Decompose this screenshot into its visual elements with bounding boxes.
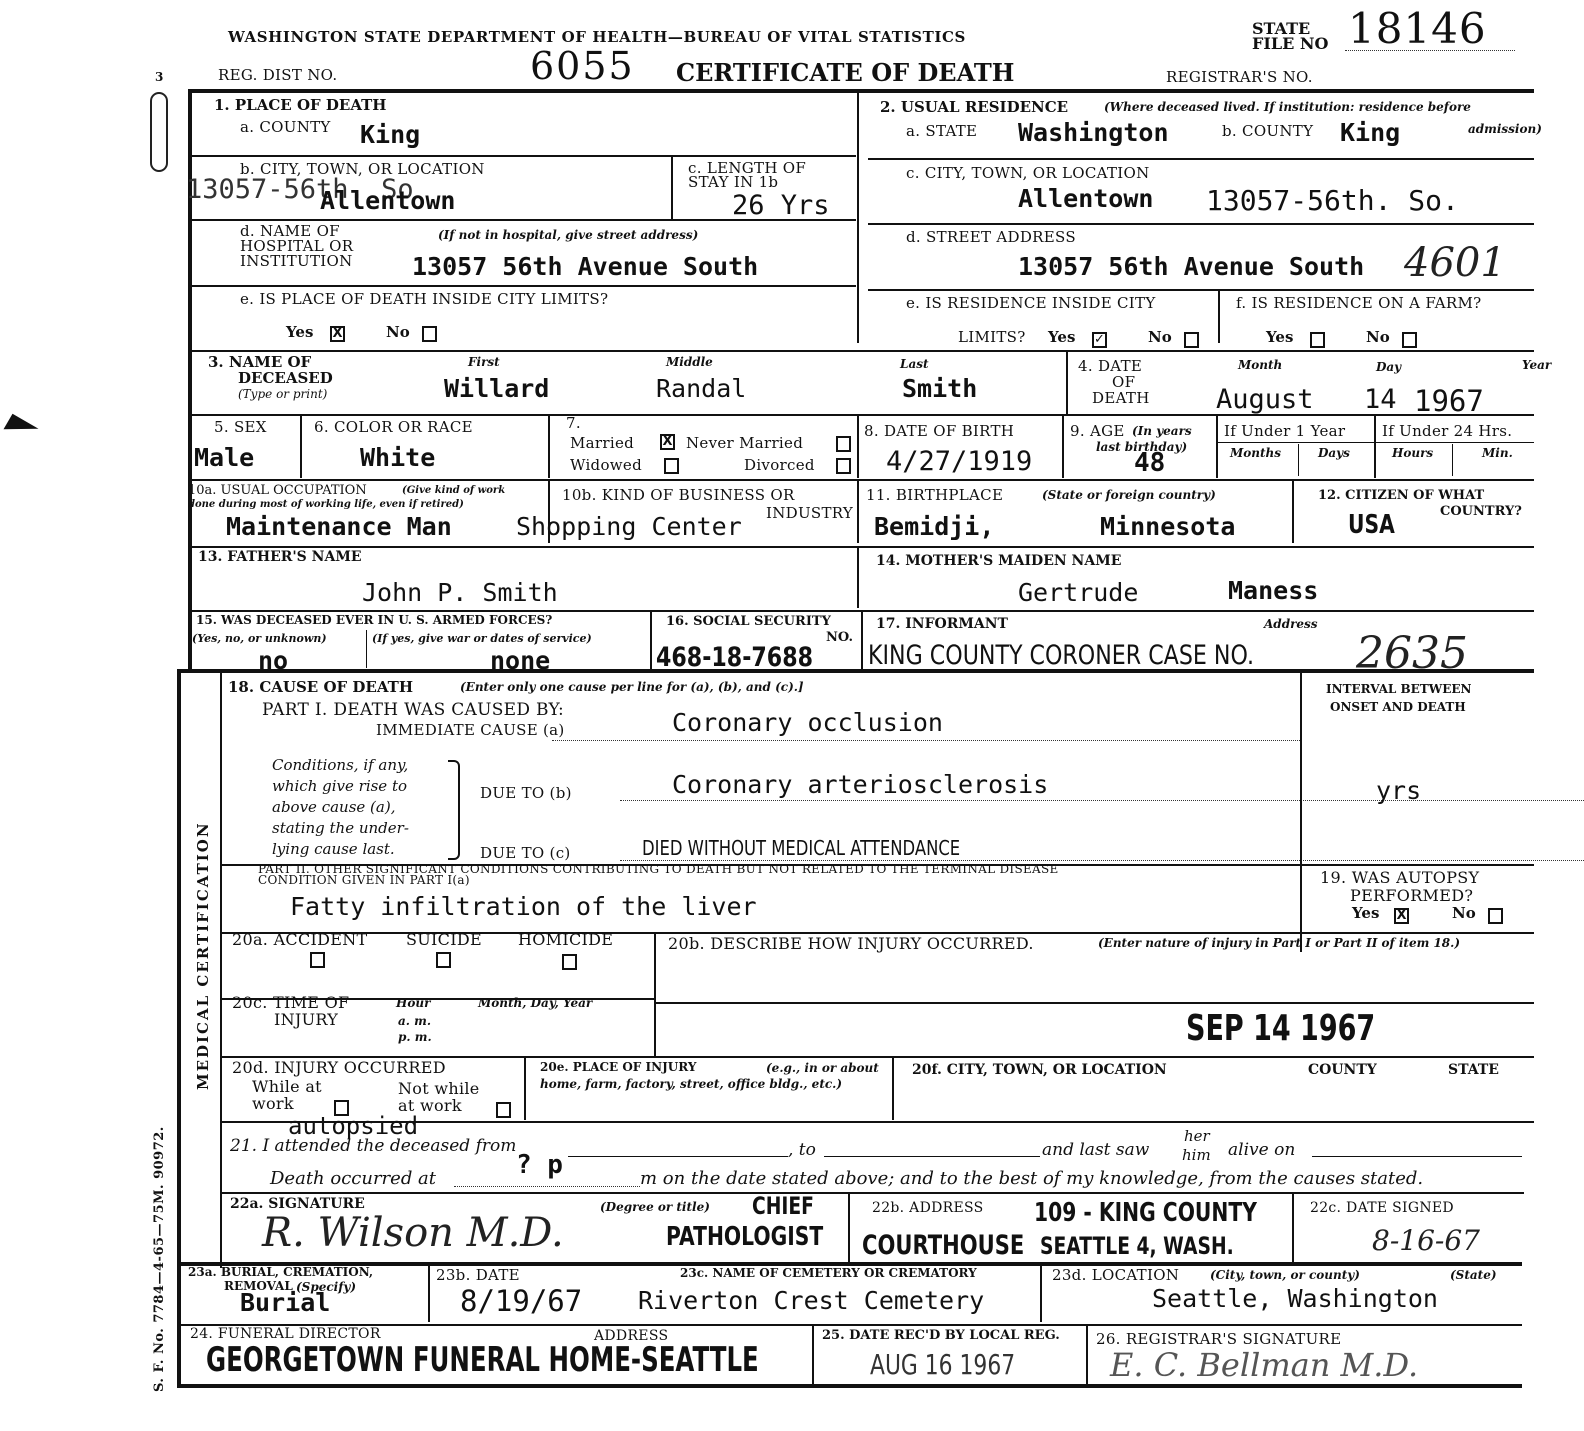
last-name-value: Smith	[902, 374, 977, 403]
injury-county-label: COUNTY	[1308, 1062, 1377, 1078]
birth-date-label: 8. DATE OF BIRTH	[864, 422, 1014, 440]
suicide-checkbox[interactable]	[436, 952, 451, 968]
dod-month-label: Month	[1238, 358, 1282, 372]
citizen-value: USA	[1348, 510, 1395, 540]
describe-injury-label: 20b. DESCRIBE HOW INJURY OCCURRED.	[668, 934, 1034, 953]
farm-no-checkbox[interactable]	[1402, 332, 1417, 348]
days-label: Days	[1318, 446, 1350, 460]
dod-label-2: OF	[1078, 374, 1150, 390]
mother-first: Gertrude	[1018, 578, 1138, 607]
registrars-no-label: REGISTRAR'S NO.	[1166, 68, 1313, 86]
usual-residence-note-2: admission)	[1468, 122, 1542, 136]
age-label: 9. AGE	[1070, 422, 1125, 440]
hours-label: Hours	[1392, 446, 1433, 460]
age-note: (In years	[1132, 424, 1192, 438]
arrow-mark-icon	[4, 414, 39, 445]
her-text: her	[1184, 1127, 1210, 1145]
conditions-note-4: stating the under-	[272, 818, 409, 839]
armed-forces-note-1: (Yes, no, or unknown)	[192, 632, 327, 645]
not-at-work-checkbox[interactable]	[496, 1102, 511, 1118]
degree-line-2: PATHOLOGIST	[666, 1222, 823, 1252]
autopsy-yes-label: Yes	[1352, 904, 1379, 922]
disposition-label: 23a. BURIAL, CREMATION,	[188, 1265, 373, 1279]
cemetery-value: Riverton Crest Cemetery	[638, 1286, 984, 1315]
due-b-label: DUE TO (b)	[480, 784, 572, 802]
deceased-label-3: (Type or print)	[208, 386, 333, 402]
not-at-work-label: Not while at work	[398, 1080, 480, 1114]
hospital-label-3: INSTITUTION	[240, 254, 353, 269]
residence-city-limits-label: e. IS RESIDENCE INSIDE CITY	[906, 294, 1156, 312]
autopsy-label-2: PERFORMED?	[1350, 886, 1473, 905]
death-time-value: ? p	[516, 1150, 563, 1180]
informant-address-label: Address	[1264, 617, 1318, 631]
form-number: S. F. No. 7784—4-65—75M. 90972.	[152, 1126, 167, 1392]
conditions-note-1: Conditions, if any,	[272, 755, 409, 776]
am-label: a. m.	[398, 1014, 431, 1028]
at-work-label: While at work	[252, 1078, 322, 1112]
death-county-value: King	[360, 120, 420, 149]
cause-heading: 18. CAUSE OF DEATH	[228, 678, 413, 696]
certifier-signature: R. Wilson M.D.	[262, 1210, 564, 1256]
conditions-note-3: above cause (a),	[272, 797, 409, 818]
occupation-label: 10a. USUAL OCCUPATION	[188, 483, 367, 498]
farm-yes-checkbox[interactable]	[1310, 332, 1325, 348]
date-received-label: 25. DATE REC'D BY LOCAL REG.	[822, 1328, 1060, 1343]
certifier-address-1: 109 - KING COUNTY	[1034, 1198, 1257, 1228]
due-c-label: DUE TO (c)	[480, 844, 571, 862]
citizen-label-2: COUNTRY?	[1440, 504, 1522, 519]
residence-limits-no-checkbox[interactable]	[1184, 332, 1199, 348]
time-label-1: 20c. TIME OF	[232, 994, 349, 1011]
residence-limits-label-2: LIMITS?	[958, 328, 1026, 346]
under-day-label: If Under 24 Hrs.	[1382, 422, 1512, 440]
certifier-address-2a: COURTHOUSE	[862, 1230, 1024, 1261]
part2-value: Fatty infiltration of the liver	[290, 892, 757, 921]
business-label: 10b. KIND OF BUSINESS OR	[562, 486, 795, 504]
first-name-label: First	[468, 355, 500, 369]
marital-label: 7.	[566, 414, 581, 432]
stay-label: c. LENGTH OF STAY IN 1b	[688, 161, 806, 189]
last-saw-text: and last saw	[1042, 1140, 1149, 1160]
pm-label: p. m.	[398, 1030, 432, 1044]
reg-dist-label: REG. DIST NO.	[218, 66, 337, 84]
part2-label-2: CONDITION GIVEN IN PART I(a)	[258, 875, 1059, 886]
conditions-bracket	[448, 760, 460, 860]
birthplace-city: Bemidji,	[874, 512, 994, 541]
death-city-value: Allentown	[320, 186, 455, 215]
reg-dist-number: 6055	[530, 44, 635, 88]
disposition-value: Burial	[240, 1288, 330, 1317]
city-limits-yes-label: Yes	[286, 323, 313, 341]
attended-to-text: , to	[788, 1140, 816, 1160]
usual-residence-heading: 2. USUAL RESIDENCE	[880, 98, 1068, 116]
binding-hole-icon	[150, 92, 168, 172]
corner-mark: 3	[155, 70, 163, 84]
married-label: Married	[570, 434, 634, 452]
medical-certification-label: MEDICAL CERTIFICATION	[194, 821, 212, 1090]
homicide-label: HOMICIDE	[518, 930, 613, 949]
alive-on-text: alive on	[1228, 1140, 1295, 1160]
residence-city-extra: 13057-56th. So.	[1206, 184, 1459, 217]
citizen-label: 12. CITIZEN OF WHAT	[1318, 488, 1484, 503]
location-value: Seattle, Washington	[1152, 1284, 1438, 1313]
city-limits-question: e. IS PLACE OF DEATH INSIDE CITY LIMITS?	[240, 290, 608, 308]
never-married-label: Never Married	[686, 434, 803, 452]
interval-label-1: INTERVAL BETWEEN	[1326, 682, 1471, 696]
immediate-cause-label: IMMEDIATE CAUSE (a)	[376, 721, 565, 739]
father-label: 13. FATHER'S NAME	[198, 549, 362, 565]
street-handwritten-number: 4601	[1404, 240, 1506, 286]
never-married-checkbox[interactable]	[836, 436, 851, 452]
due-c-value: DIED WITHOUT MEDICAL ATTENDANCE	[642, 836, 960, 860]
mother-label: 14. MOTHER'S MAIDEN NAME	[876, 553, 1121, 569]
ssn-label-2: NO.	[826, 630, 853, 645]
married-checkbox[interactable]: X	[660, 434, 675, 450]
hospital-note: (If not in hospital, give street address…	[438, 228, 698, 242]
accident-label: 20a. ACCIDENT	[232, 930, 368, 949]
county-label: a. COUNTY	[240, 118, 331, 136]
registrar-signature: E. C. Bellman M.D.	[1110, 1346, 1418, 1384]
informant-value: KING COUNTY CORONER CASE NO.	[868, 640, 1254, 671]
birthplace-note: (State or foreign country)	[1042, 488, 1216, 502]
stay-value: 26 Yrs	[732, 190, 830, 221]
hour-label: Hour	[396, 996, 430, 1010]
attended-from-text: 21. I attended the deceased from	[230, 1136, 516, 1156]
farm-question: f. IS RESIDENCE ON A FARM?	[1236, 294, 1482, 312]
widowed-label: Widowed	[570, 456, 642, 474]
certifier-address-label: 22b. ADDRESS	[872, 1200, 984, 1216]
residence-city-label: c. CITY, TOWN, OR LOCATION	[906, 164, 1150, 182]
conditions-note-2: which give rise to	[272, 776, 409, 797]
business-value: Shopping Center	[516, 512, 742, 541]
occupation-note-2: done during most of working life, even i…	[188, 499, 464, 510]
farm-no-label: No	[1366, 328, 1390, 346]
divorced-label: Divorced	[744, 456, 815, 474]
sex-label: 5. SEX	[214, 418, 267, 436]
residence-state-label: a. STATE	[906, 122, 977, 140]
state-file-label: STATE FILE NO	[1252, 21, 1328, 51]
interval-b-value: yrs	[1376, 776, 1421, 805]
accident-checkbox[interactable]	[310, 952, 325, 968]
ssn-label: 16. SOCIAL SECURITY	[666, 614, 831, 629]
date-of-death-label: 4. DATE OF DEATH	[1078, 358, 1150, 406]
dod-year-label: Year	[1522, 358, 1551, 372]
part1-label: PART I. DEATH WAS CAUSED BY:	[262, 700, 564, 720]
him-text: him	[1182, 1146, 1211, 1164]
armed-forces-note-2: (If yes, give war or dates of service)	[372, 632, 592, 645]
immediate-cause-value: Coronary occlusion	[672, 708, 943, 737]
divorced-checkbox[interactable]	[836, 458, 851, 474]
date-signed-value: 8-16-67	[1372, 1224, 1480, 1257]
race-value: White	[360, 443, 435, 472]
dod-day-value: 14	[1364, 384, 1397, 415]
conditions-note-5: lying cause last.	[272, 839, 409, 860]
farm-yes-label: Yes	[1266, 328, 1293, 346]
armed-forces-label: 15. WAS DECEASED EVER IN U. S. ARMED FOR…	[196, 613, 552, 627]
city-limits-yes-checkbox[interactable]: X	[330, 326, 345, 342]
under-year-label: If Under 1 Year	[1224, 422, 1345, 440]
hospital-label: d. NAME OF HOSPITAL OR INSTITUTION	[240, 224, 353, 269]
part2-label: PART II. OTHER SIGNIFICANT CONDITIONS CO…	[258, 864, 1059, 886]
location-state-note: (State)	[1450, 1268, 1497, 1282]
business-label-2: INDUSTRY	[766, 504, 853, 522]
age-value: 48	[1134, 448, 1165, 478]
disposition-date-label: 23b. DATE	[436, 1266, 520, 1284]
time-of-injury-label: 20c. TIME OF INJURY	[232, 994, 349, 1028]
autopsy-no-label: No	[1452, 904, 1476, 922]
residence-county-value: King	[1340, 118, 1400, 147]
last-name-label: Last	[900, 357, 929, 371]
birthplace-state: Minnesota	[1100, 512, 1235, 541]
death-occurred-text: Death occurred at	[270, 1168, 436, 1189]
time-label-2: INJURY	[232, 1011, 349, 1028]
place-of-injury-note: (e.g., in or about	[766, 1061, 879, 1075]
disposition-date-value: 8/19/67	[460, 1284, 582, 1318]
widowed-checkbox[interactable]	[664, 458, 679, 474]
place-of-death-heading: 1. PLACE OF DEATH	[214, 96, 386, 114]
sex-value: Male	[194, 443, 254, 472]
birth-date-value: 4/27/1919	[886, 446, 1032, 477]
residence-state-value: Washington	[1018, 118, 1169, 147]
hospital-value: 13057 56th Avenue South	[412, 252, 758, 281]
dod-label-3: DEATH	[1078, 390, 1150, 406]
occupation-value: Maintenance Man	[226, 512, 452, 541]
degree-label: (Degree or title)	[600, 1200, 710, 1214]
certifier-address-2b: SEATTLE 4, WASH.	[1040, 1232, 1234, 1260]
months-label: Months	[1230, 446, 1281, 460]
autopsy-label-1: 19. WAS AUTOPSY	[1320, 868, 1479, 887]
certificate-title: CERTIFICATE OF DEATH	[676, 58, 1014, 87]
dod-year-value: 1967	[1414, 384, 1484, 418]
street-address-value: 13057 56th Avenue South	[1018, 252, 1364, 281]
location-label: 23d. LOCATION	[1052, 1266, 1179, 1284]
residence-limits-yes-checkbox[interactable]: ✓	[1092, 332, 1107, 348]
occupation-note: (Give kind of work	[402, 485, 505, 496]
suicide-label: SUICIDE	[406, 930, 482, 949]
date-signed-label: 22c. DATE SIGNED	[1310, 1200, 1454, 1216]
residence-limits-no-label: No	[1148, 328, 1172, 346]
place-of-injury-label: 20e. PLACE OF INJURY	[540, 1060, 696, 1074]
funeral-director-value: GEORGETOWN FUNERAL HOME-SEATTLE	[206, 1340, 759, 1380]
injury-occurred-label: 20d. INJURY OCCURRED	[232, 1058, 446, 1077]
interval-label-2: ONSET AND DEATH	[1330, 700, 1466, 714]
file-no-label: FILE NO	[1252, 36, 1328, 51]
informant-label: 17. INFORMANT	[876, 616, 1008, 632]
degree-line-1: CHIEF	[752, 1192, 814, 1220]
death-statement-text: m on the date stated above; and to the b…	[640, 1168, 1423, 1189]
city-limits-no-label: No	[386, 323, 410, 341]
received-stamp: SEP 14 1967	[1186, 1008, 1375, 1049]
street-address-label: d. STREET ADDRESS	[906, 228, 1076, 246]
min-label: Min.	[1482, 446, 1513, 460]
autopsy-no-checkbox[interactable]	[1488, 908, 1503, 924]
dod-day-label: Day	[1376, 360, 1401, 374]
autopsy-yes-checkbox[interactable]: X	[1394, 908, 1409, 924]
birthplace-label: 11. BIRTHPLACE	[866, 486, 1003, 504]
month-day-year-label: Month, Day, Year	[478, 996, 592, 1010]
describe-injury-note: (Enter nature of injury in Part I or Par…	[1098, 936, 1460, 950]
middle-name-value: Randal	[656, 374, 746, 403]
usual-residence-note: (Where deceased lived. If institution: r…	[1104, 100, 1471, 114]
residence-limits-yes-label: Yes	[1048, 328, 1075, 346]
homicide-checkbox[interactable]	[562, 954, 577, 970]
location-note: (City, town, or county)	[1210, 1268, 1360, 1282]
injury-state-label: STATE	[1448, 1062, 1499, 1078]
father-value: John P. Smith	[362, 578, 558, 607]
city-limits-no-checkbox[interactable]	[422, 326, 437, 342]
deceased-label-2: DECEASED	[208, 370, 333, 386]
dod-label-1: 4. DATE	[1078, 358, 1150, 374]
state-file-number: 18146	[1348, 4, 1487, 53]
stay-label-2: STAY IN 1b	[688, 175, 806, 189]
first-name-value: Willard	[444, 374, 549, 403]
residence-city-value: Allentown	[1018, 184, 1153, 213]
residence-county-label: b. COUNTY	[1222, 122, 1313, 140]
deceased-name-label: 3. NAME OF DECEASED (Type or print)	[208, 354, 333, 402]
middle-name-label: Middle	[666, 355, 713, 369]
cause-note: (Enter only one cause per line for (a), …	[460, 680, 804, 694]
not-at-work-label-1: Not while	[398, 1080, 480, 1097]
place-of-injury-note-2: home, farm, factory, street, office bldg…	[540, 1077, 842, 1091]
cemetery-label: 23c. NAME OF CEMETERY OR CREMATORY	[680, 1266, 977, 1280]
date-received-value: AUG 16 1967	[870, 1348, 1015, 1381]
dod-month-value: August	[1216, 384, 1314, 415]
deceased-label-1: 3. NAME OF	[208, 354, 333, 370]
race-label: 6. COLOR OR RACE	[314, 418, 473, 436]
at-work-label-2: work	[252, 1095, 322, 1112]
due-b-value: Coronary arteriosclerosis	[672, 770, 1048, 799]
injury-city-label: 20f. CITY, TOWN, OR LOCATION	[912, 1062, 1167, 1078]
mother-last: Maness	[1228, 576, 1318, 605]
conditions-note: Conditions, if any, which give rise to a…	[272, 755, 409, 860]
at-work-label-1: While at	[252, 1078, 322, 1095]
